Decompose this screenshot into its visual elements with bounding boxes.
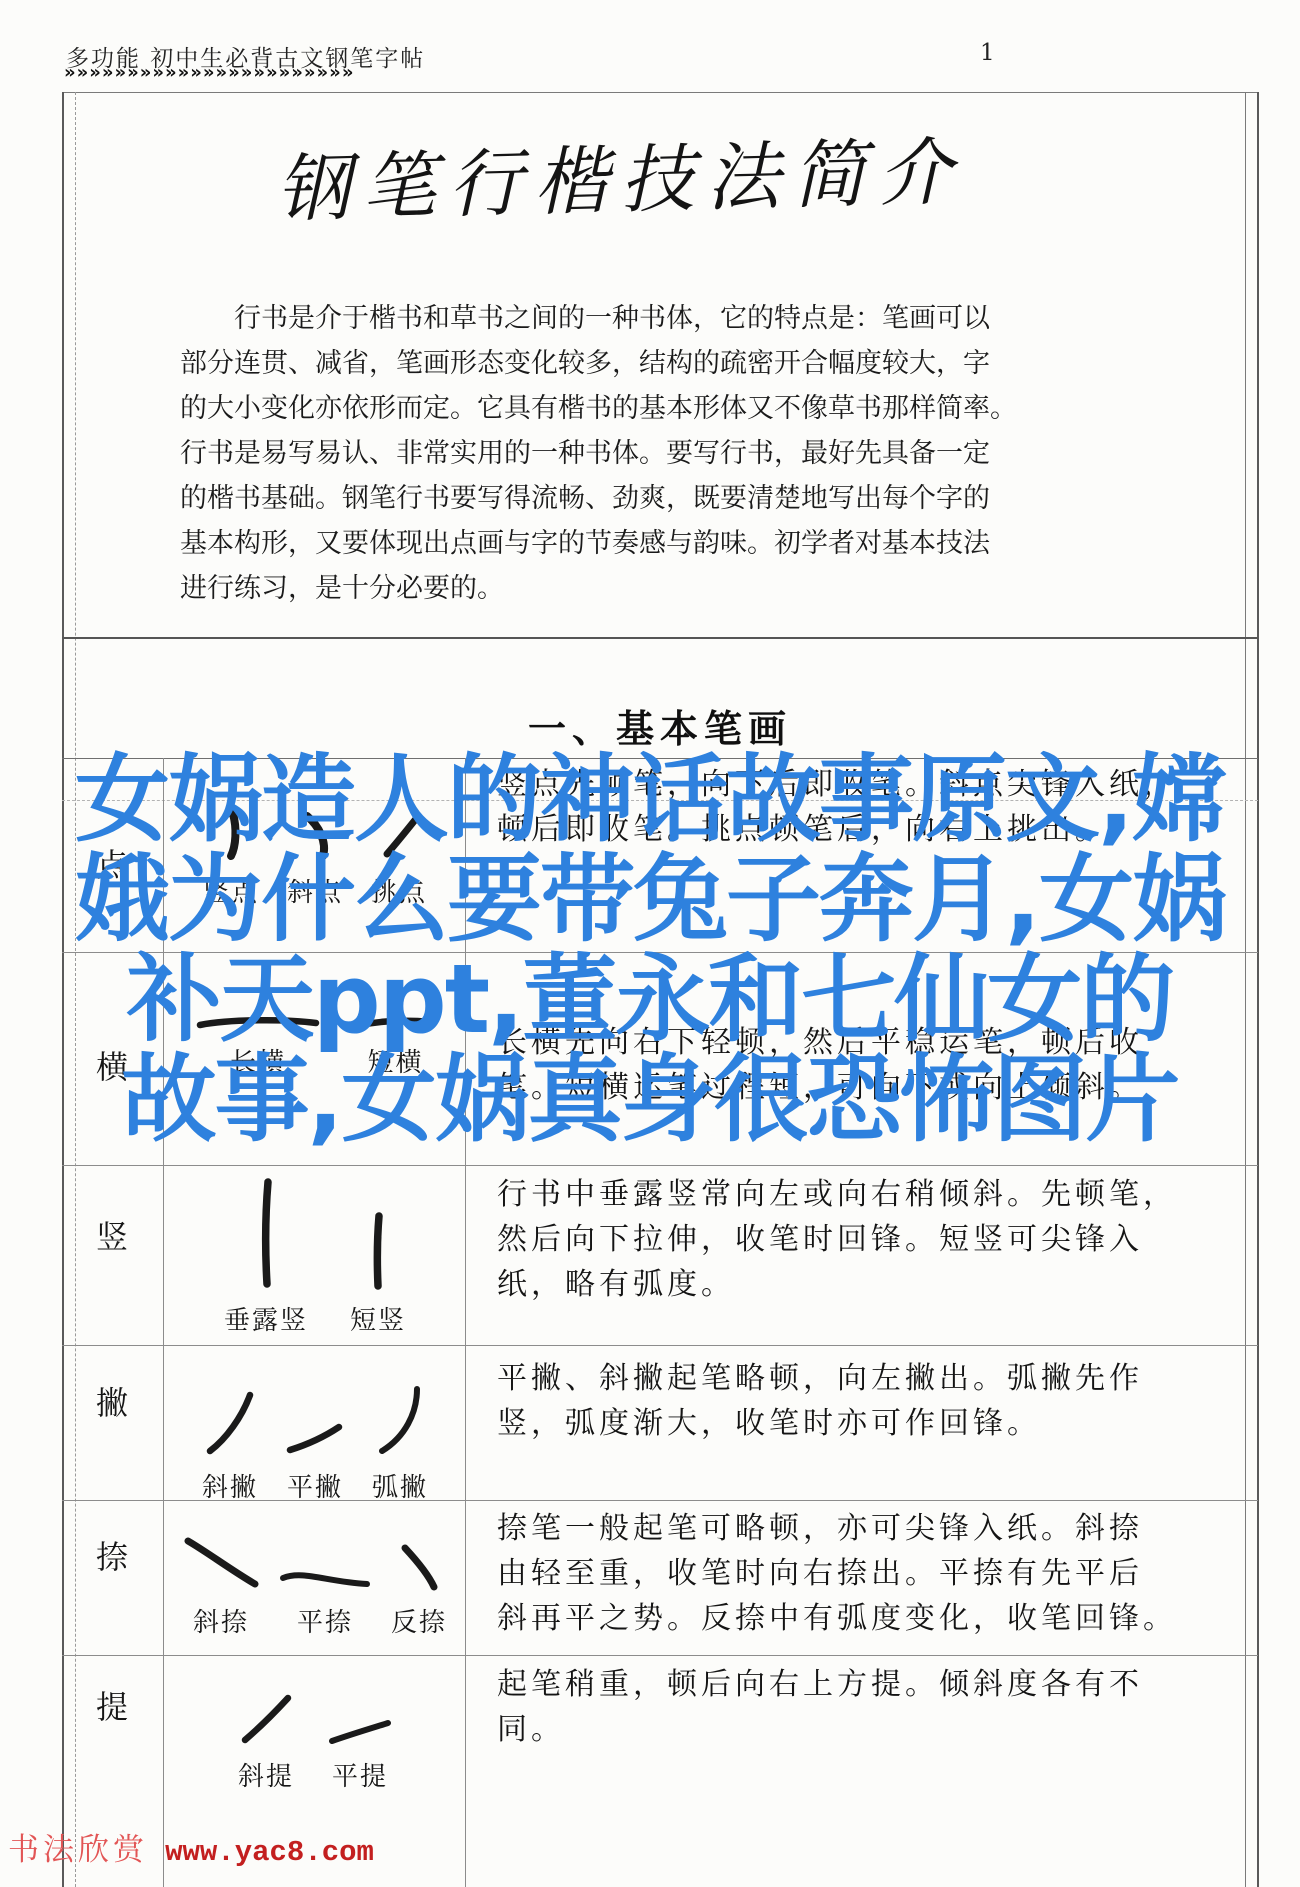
stroke-example-label: 竖点 xyxy=(203,872,259,909)
description-line: 笔。短横运笔过程短，可向下或向上倾斜。 xyxy=(497,1065,1245,1110)
slant-na-stroke-icon xyxy=(183,1536,259,1592)
flat-pie-stroke-icon xyxy=(286,1421,344,1457)
stroke-examples: 斜捺 平捺 反捺 xyxy=(167,1536,463,1639)
stroke-example-label: 平捺 xyxy=(297,1602,353,1639)
scanned-copybook-page: 多功能 初中生必背古文钢笔字帖 »»»»»»»»»»»»»»»»»»»»»»» … xyxy=(0,0,1300,1887)
stroke-examples: 斜撇 平撇 弧撇 xyxy=(167,1385,463,1504)
page-number: 1 xyxy=(980,40,995,66)
stroke-description: 平撇、斜撇起笔略顿，向左撇出。弧撇先作 竖，弧度渐大，收笔时亦可作回锋。 xyxy=(497,1356,1245,1446)
stroke-row-label: 点 xyxy=(62,840,162,886)
stroke-example: 长横 xyxy=(196,1012,321,1079)
stroke-example-label: 平撇 xyxy=(287,1467,343,1504)
description-line: 行书中垂露竖常向左或向右稍倾斜。先顿笔， xyxy=(497,1172,1245,1217)
stroke-example: 竖点 xyxy=(203,806,259,909)
stroke-description: 起笔稍重，顿后向右上方提。倾斜度各有不 同。 xyxy=(497,1662,1245,1752)
slant-pie-stroke-icon xyxy=(204,1391,256,1457)
stroke-example-label: 平提 xyxy=(332,1756,388,1793)
stroke-example-label: 反捺 xyxy=(391,1602,447,1639)
dewdrop-vertical-stroke-icon xyxy=(253,1178,279,1290)
short-vertical-stroke-icon xyxy=(367,1212,389,1290)
stroke-row-label: 提 xyxy=(62,1682,162,1728)
short-horizontal-stroke-icon xyxy=(357,1012,435,1032)
description-line: 由轻至重，收笔时向右捺出。平捺有先平后 xyxy=(497,1551,1245,1596)
row-divider xyxy=(62,1345,1258,1346)
stroke-row-label: 横 xyxy=(62,1042,162,1088)
description-line: 竖，弧度渐大，收笔时亦可作回锋。 xyxy=(497,1401,1245,1446)
stroke-example-label: 短竖 xyxy=(350,1300,406,1337)
paragraph-line: 基本构形，又要体现出点画与字的节奏感与韵味。初学者对基本技法 xyxy=(180,521,940,566)
stroke-description: 长横先向右下轻顿，然后平稳运笔，顿后收 笔。短横运笔过程短，可向下或向上倾斜。 xyxy=(497,1020,1245,1110)
stroke-example-label: 短横 xyxy=(367,1042,423,1079)
intro-paragraph: 行书是介于楷书和草书之间的一种书体，它的特点是：笔画可以 部分连贯、减省，笔画形… xyxy=(180,296,940,611)
description-line: 然后向下拉伸，收笔时回锋。短竖可尖锋入 xyxy=(497,1217,1245,1262)
stroke-example: 平提 xyxy=(328,1718,392,1793)
row-divider xyxy=(62,952,1258,953)
row-divider xyxy=(62,1165,1258,1166)
stroke-example: 短竖 xyxy=(350,1212,406,1337)
flat-na-stroke-icon xyxy=(279,1562,371,1592)
stroke-example: 垂露竖 xyxy=(224,1178,308,1337)
description-line: 同。 xyxy=(497,1707,1245,1752)
description-line: 纸，略有弧度。 xyxy=(497,1262,1245,1307)
frame-top-line xyxy=(62,92,1258,93)
stroke-description: 行书中垂露竖常向左或向右稍倾斜。先顿笔， 然后向下拉伸，收笔时回锋。短竖可尖锋入… xyxy=(497,1172,1245,1307)
site-name: 书法欣赏 xyxy=(8,1832,148,1868)
frame-right-outer-border xyxy=(1257,92,1259,1887)
flick-dot-stroke-icon xyxy=(375,806,423,862)
vertical-dot-stroke-icon xyxy=(209,806,253,862)
frame-left-border xyxy=(62,92,64,1887)
paragraph-line: 行书是易写易认、非常实用的一种书体。要写行书，最好先具备一定 xyxy=(180,431,940,476)
flat-ti-stroke-icon xyxy=(328,1718,392,1746)
stroke-example-label: 垂露竖 xyxy=(224,1300,308,1337)
row-divider xyxy=(62,1655,1258,1656)
stroke-example: 弧撇 xyxy=(372,1385,428,1504)
intro-bottom-divider xyxy=(62,637,1258,639)
stroke-row-label: 撇 xyxy=(62,1378,162,1424)
stroke-example-label: 斜点 xyxy=(287,872,343,909)
paragraph-line: 的楷书基础。钢笔行书要写得流畅、劲爽，既要清楚地写出每个字的 xyxy=(180,476,940,521)
site-watermark: 书法欣赏 www.yac8.com xyxy=(8,1824,374,1869)
paragraph-line: 进行练习，是十分必要的。 xyxy=(180,566,940,611)
frame-right-inner-border xyxy=(1245,92,1246,1887)
slant-dot-stroke-icon xyxy=(293,806,337,862)
frame-left-dashed-border xyxy=(75,92,76,1887)
paragraph-line: 部分连贯、减省，笔画形态变化较多，结构的疏密开合幅度较大，字 xyxy=(180,341,940,386)
stroke-examples: 垂露竖 短竖 xyxy=(167,1178,463,1337)
stroke-example: 平捺 xyxy=(279,1562,371,1639)
stroke-example: 斜提 xyxy=(238,1692,294,1793)
stroke-example-label: 长横 xyxy=(230,1042,286,1079)
calligraphy-title: 钢笔行楷技法简介 xyxy=(199,111,1041,239)
stroke-description: 竖点先顿笔，向下后即收笔。斜点尖锋入纸， 顿后即收笔。挑点顿笔后，向右上挑出。 xyxy=(497,762,1245,852)
stroke-example-label: 弧撇 xyxy=(372,1467,428,1504)
paragraph-line: 行书是介于楷书和草书之间的一种书体，它的特点是：笔画可以 xyxy=(180,296,940,341)
column-divider xyxy=(465,758,466,1887)
site-url: www.yac8.com xyxy=(165,1836,374,1869)
description-line: 起笔稍重，顿后向右上方提。倾斜度各有不 xyxy=(497,1662,1245,1707)
stroke-example-label: 斜撇 xyxy=(202,1467,258,1504)
stroke-example: 斜捺 xyxy=(183,1536,259,1639)
stroke-example: 挑点 xyxy=(371,806,427,909)
stroke-examples: 斜提 平提 xyxy=(167,1692,463,1793)
description-line: 斜再平之势。反捺中有弧度变化，收笔回锋。 xyxy=(497,1596,1245,1641)
stroke-example-label: 挑点 xyxy=(371,872,427,909)
long-horizontal-stroke-icon xyxy=(196,1012,321,1032)
description-line: 竖点先顿笔，向下后即收笔。斜点尖锋入纸， xyxy=(497,762,1245,807)
paragraph-line: 的大小变化亦依形而定。它具有楷书的基本形体又不像草书那样简率。 xyxy=(180,386,940,431)
stroke-description: 捺笔一般起笔可略顿，亦可尖锋入纸。斜捺 由轻至重，收笔时向右捺出。平捺有先平后 … xyxy=(497,1506,1245,1641)
description-line: 捺笔一般起笔可略顿，亦可尖锋入纸。斜捺 xyxy=(497,1506,1245,1551)
slant-ti-stroke-icon xyxy=(239,1692,293,1746)
stroke-example: 反捺 xyxy=(391,1542,447,1639)
stroke-example-label: 斜捺 xyxy=(193,1602,249,1639)
stroke-examples: 长横 短横 xyxy=(167,1012,463,1079)
column-divider xyxy=(163,758,164,1887)
section-heading: 一、基本笔画 xyxy=(62,698,1258,753)
stroke-example: 斜撇 xyxy=(202,1391,258,1504)
chevron-strip-decoration: »»»»»»»»»»»»»»»»»»»»»»» xyxy=(64,62,354,83)
arc-pie-stroke-icon xyxy=(377,1385,423,1457)
stroke-example-label: 斜提 xyxy=(238,1756,294,1793)
stroke-example: 斜点 xyxy=(287,806,343,909)
description-line: 平撇、斜撇起笔略顿，向左撇出。弧撇先作 xyxy=(497,1356,1245,1401)
stroke-examples: 竖点 斜点 挑点 xyxy=(167,806,463,909)
table-top-border xyxy=(62,758,1258,759)
stroke-row-label: 竖 xyxy=(62,1212,162,1258)
description-line: 长横先向右下轻顿，然后平稳运笔，顿后收 xyxy=(497,1020,1245,1065)
stroke-row-label: 捺 xyxy=(62,1532,162,1578)
stroke-example: 短横 xyxy=(357,1012,435,1079)
reverse-na-stroke-icon xyxy=(398,1542,440,1592)
stroke-example: 平撇 xyxy=(286,1421,344,1504)
description-line: 顿后即收笔。挑点顿笔后，向右上挑出。 xyxy=(497,807,1245,852)
